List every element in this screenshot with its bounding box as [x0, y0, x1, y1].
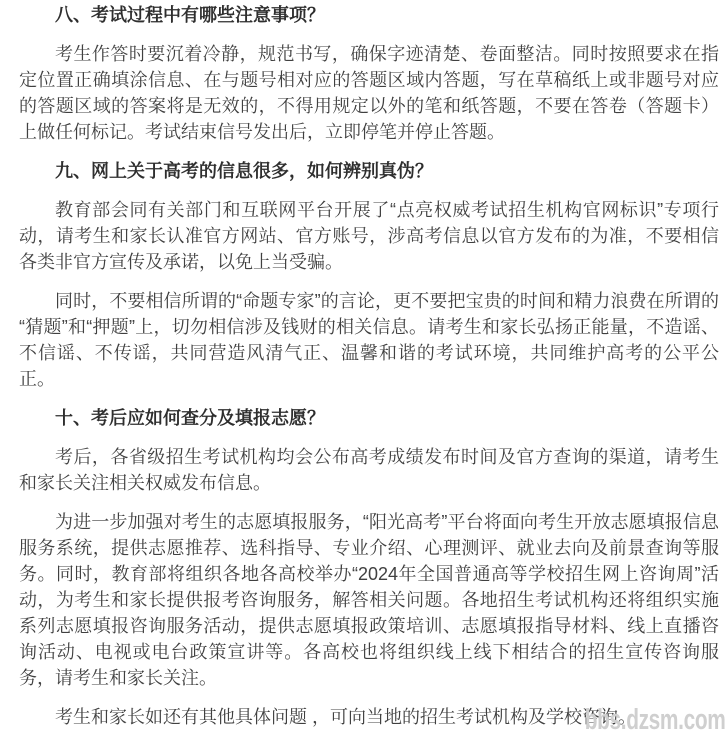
section-heading-9: 九、网上关于高考的信息很多，如何辨别真伪？ — [19, 158, 719, 184]
paragraph-rumor-warning: 同时，不要相信所谓的“命题专家”的言论，更不要把宝贵的时间和精力浪费在所谓的“猜… — [19, 288, 719, 392]
paragraph-score-release: 考后，各省级招生考试机构均会公布高考成绩发布时间及官方查询的渠道，请考生和家长关… — [19, 444, 719, 496]
article: 八、考试过程中有哪些注意事项？ 考生作答时要沉着冷静，规范书写，确保字迹清楚、卷… — [0, 0, 727, 730]
paragraph-exam-notes: 考生作答时要沉着冷静，规范书写，确保字迹清楚、卷面整洁。同时按照要求在指定位置正… — [19, 41, 719, 145]
page: 八、考试过程中有哪些注意事项？ 考生作答时要沉着冷静，规范书写，确保字迹清楚、卷… — [0, 0, 727, 738]
paragraph-volunteer-services: 为进一步加强对考生的志愿填报服务，“阳光高考”平台将面向考生开放志愿填报信息服务… — [19, 509, 719, 691]
paragraph-other-questions: 考生和家长如还有其他具体问题 ，可向当地的招生考试机构及学校咨询。 — [19, 704, 719, 730]
paragraph-official-info: 教育部会同有关部门和互联网平台开展了“点亮权威考试招生机构官网标识”专项行动，请… — [19, 197, 719, 275]
section-heading-8: 八、考试过程中有哪些注意事项？ — [19, 2, 719, 28]
section-heading-10: 十、考后应如何查分及填报志愿？ — [19, 405, 719, 431]
